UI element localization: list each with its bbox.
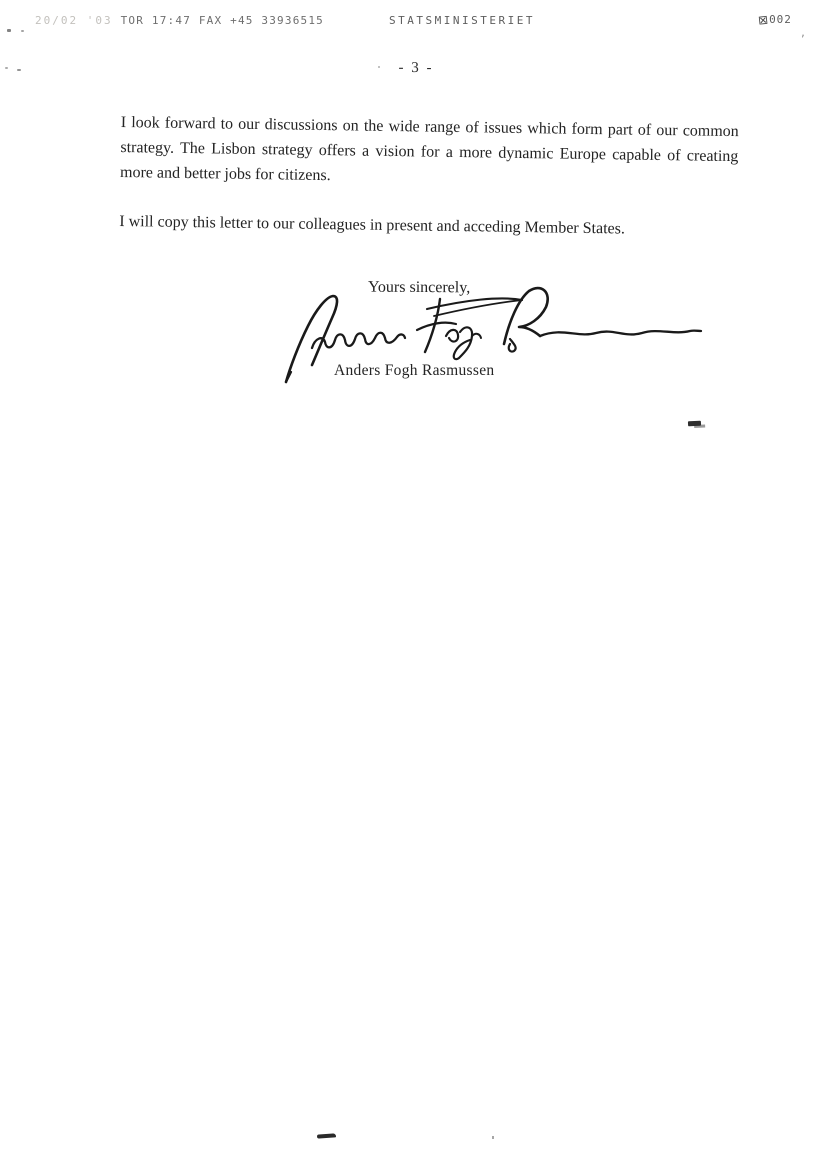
- fax-header-time-number: TOR 17:47 FAX +45 33936515: [121, 14, 324, 27]
- fax-header-sender: STATSMINISTERIET: [389, 14, 535, 27]
- fax-transmission-header: 20/02 '03TOR 17:47 FAX +45 33936515 STAT…: [0, 12, 832, 32]
- scan-speck: [378, 66, 380, 68]
- letter-paragraph: I look forward to our discussions on the…: [120, 110, 739, 194]
- scan-smudge: [688, 421, 701, 427]
- signature-block: Yours sincerely, Anders Fogh Rasmussen: [278, 272, 708, 397]
- letter-paragraph: I will copy this letter to our colleague…: [119, 209, 737, 243]
- fax-document-page: 20/02 '03TOR 17:47 FAX +45 33936515 STAT…: [0, 0, 832, 1163]
- fax-page-number: 002: [769, 13, 792, 26]
- page-number: - 3 -: [0, 57, 832, 80]
- fax-header-page-counter: ⊠002: [758, 12, 792, 26]
- scan-speck: [492, 1136, 494, 1139]
- scan-speck: [7, 29, 11, 32]
- fax-header-timestamp: 20/02 '03TOR 17:47 FAX +45 33936515: [35, 14, 324, 27]
- letter-body: I look forward to our discussions on the…: [119, 110, 739, 267]
- signatory-name: Anders Fogh Rasmussen: [334, 362, 494, 380]
- scan-speck: [21, 30, 24, 32]
- scan-artifact: ,: [800, 28, 807, 39]
- scan-smudge: [317, 1133, 336, 1138]
- fax-page-icon: ⊠: [757, 12, 769, 27]
- fax-header-date: 20/02 '03: [35, 14, 113, 27]
